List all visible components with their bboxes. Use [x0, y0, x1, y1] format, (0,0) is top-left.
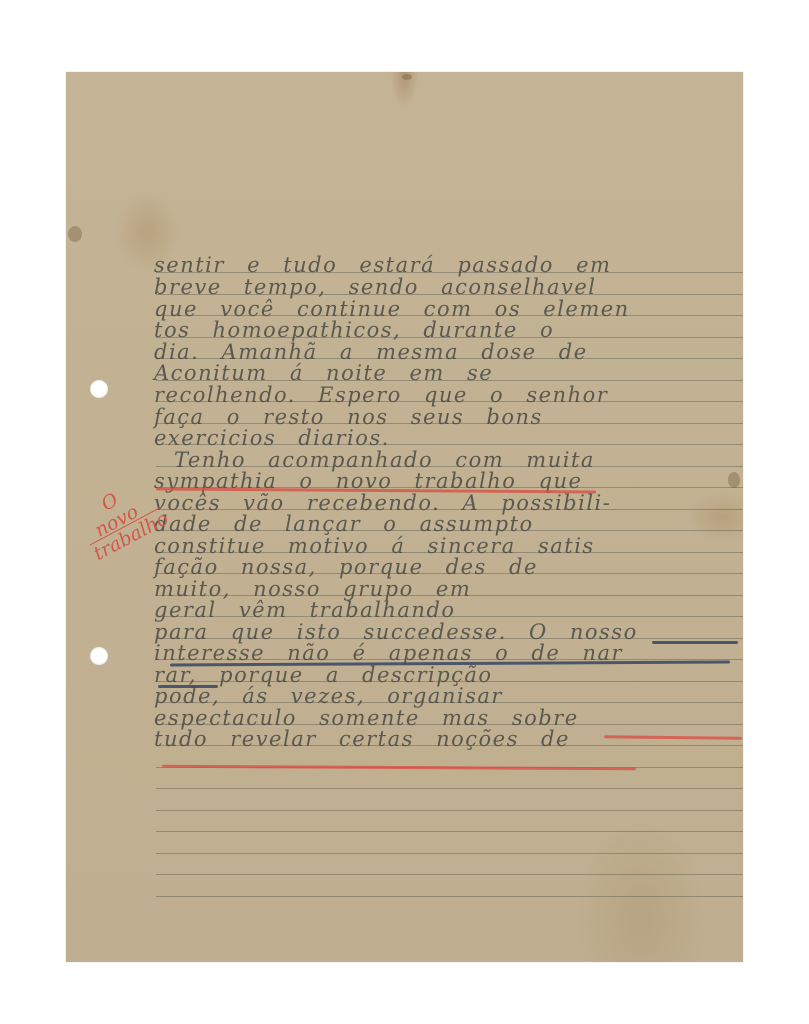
punch-hole-bottom: [90, 647, 108, 665]
text-line: sentir e tudo estará passado em: [154, 253, 744, 277]
text-line: geral vêm trabalhando: [154, 598, 744, 622]
text-line: Aconitum á noite em se: [154, 361, 744, 385]
text-line: recolhendo. Espero que o senhor: [154, 383, 744, 407]
text-line: pode, ás vezes, organisar: [154, 684, 744, 708]
text-line: exercicios diarios.: [154, 426, 744, 450]
letter-page: sentir e tudo estará passado em breve te…: [66, 72, 743, 962]
text-line: dade de lançar o assumpto: [154, 512, 744, 536]
text-line: fação nossa, porque des de: [154, 555, 744, 579]
stain: [68, 226, 82, 242]
text-line: breve tempo, sendo aconselhavel: [154, 275, 744, 299]
blue-underline: [652, 641, 738, 644]
stain: [402, 74, 412, 80]
red-underline: [162, 765, 636, 770]
punch-hole-top: [90, 380, 108, 398]
blue-underline: [158, 685, 218, 688]
text-line: tos homoepathicos, durante o: [154, 318, 744, 342]
text-line: tudo revelar certas noções de: [154, 727, 744, 751]
